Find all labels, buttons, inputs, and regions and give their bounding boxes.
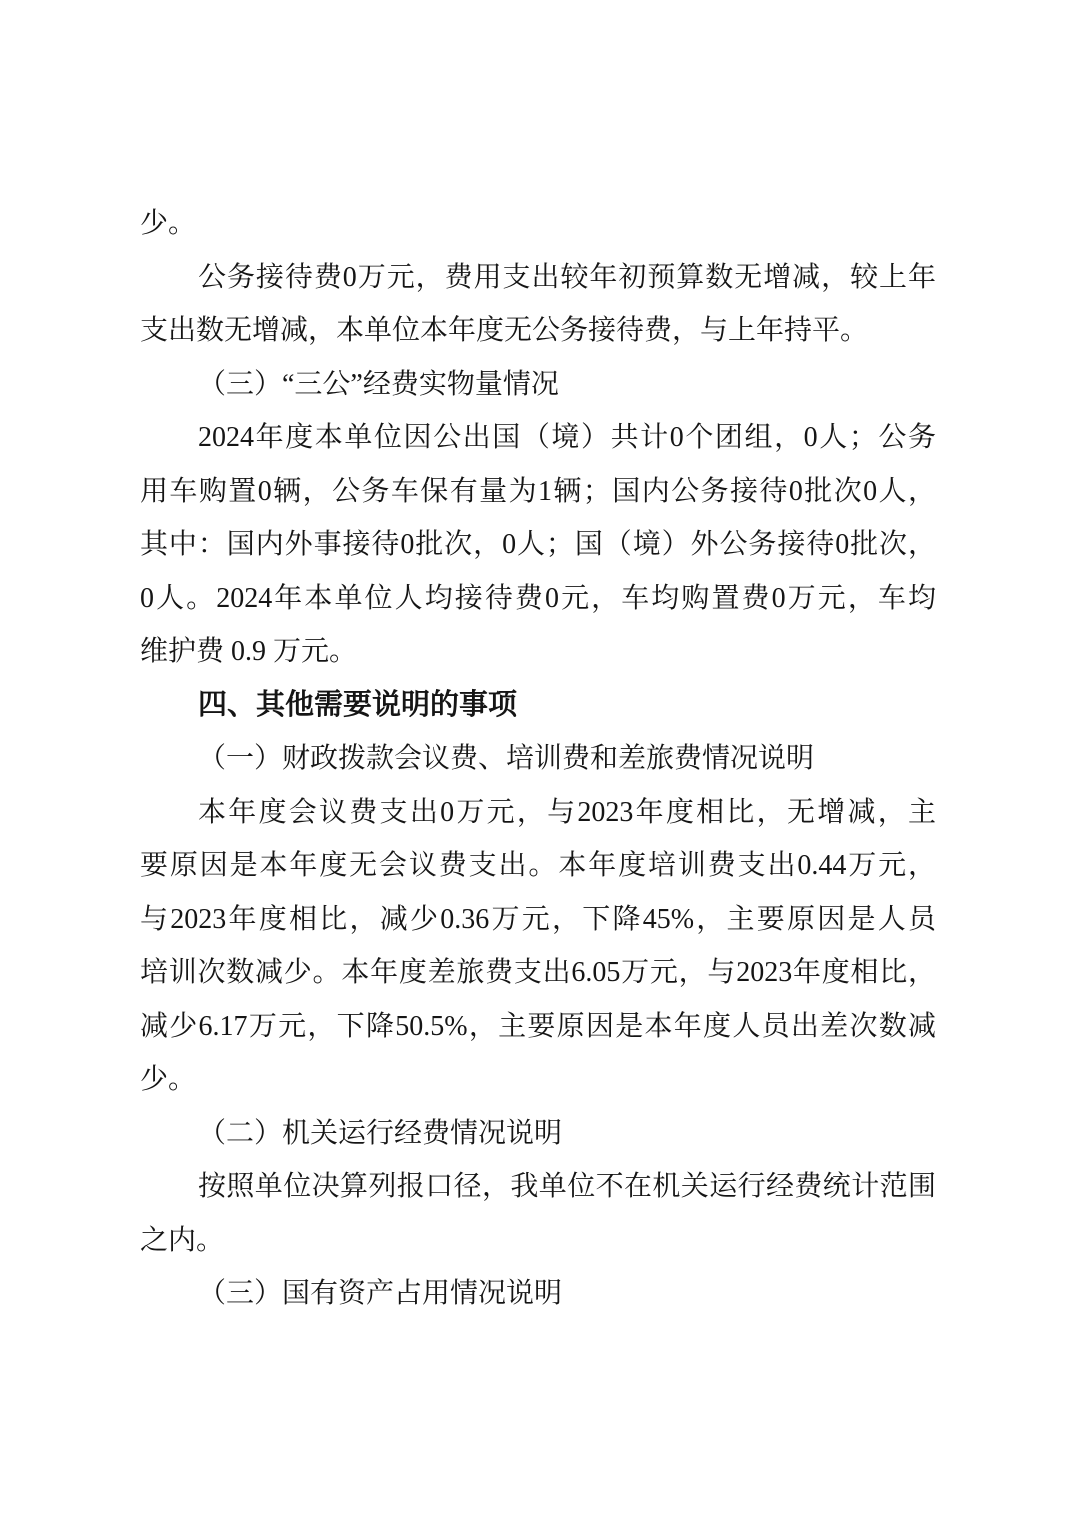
body-text-line: 少。	[140, 197, 936, 251]
body-text-line: 少。	[140, 1053, 936, 1107]
body-text-line: 按照单位决算列报口径，我单位不在机关运行经费统计范围	[140, 1160, 936, 1214]
body-text-line: 本年度会议费支出0万元，与2023年度相比，无增减，主	[140, 786, 936, 840]
document-text: 少。公务接待费0万元，费用支出较年初预算数无增减，较上年支出数无增减，本单位本年…	[140, 197, 936, 1321]
body-text-line: 0人。2024年本单位人均接待费0元，车均购置费0万元，车均	[140, 572, 936, 626]
body-text-line: 与2023年度相比，减少0.36万元，下降45%，主要原因是人员	[140, 893, 936, 947]
subsection-heading: （三）“三公”经费实物量情况	[140, 358, 936, 412]
body-text-line: 之内。	[140, 1214, 936, 1268]
body-text-line: 培训次数减少。本年度差旅费支出6.05万元，与2023年度相比，	[140, 946, 936, 1000]
body-text-line: 减少6.17万元，下降50.5%，主要原因是本年度人员出差次数减	[140, 1000, 936, 1054]
subsection-heading: （三）国有资产占用情况说明	[140, 1267, 936, 1321]
subsection-heading: （一）财政拨款会议费、培训费和差旅费情况说明	[140, 732, 936, 786]
subsection-heading: （二）机关运行经费情况说明	[140, 1107, 936, 1161]
section-heading: 四、其他需要说明的事项	[140, 679, 936, 733]
body-text-line: 2024年度本单位因公出国（境）共计0个团组，0人；公务	[140, 411, 936, 465]
body-text-line: 用车购置0辆，公务车保有量为1辆；国内公务接待0批次0人，	[140, 465, 936, 519]
document-page: 少。公务接待费0万元，费用支出较年初预算数无增减，较上年支出数无增减，本单位本年…	[0, 0, 1074, 1520]
body-text-line: 公务接待费0万元，费用支出较年初预算数无增减，较上年	[140, 251, 936, 305]
body-text-line: 维护费 0.9 万元。	[140, 625, 936, 679]
body-text-line: 其中：国内外事接待0批次，0人；国（境）外公务接待0批次，	[140, 518, 936, 572]
body-text-line: 要原因是本年度无会议费支出。本年度培训费支出0.44万元，	[140, 839, 936, 893]
body-text-line: 支出数无增减，本单位本年度无公务接待费，与上年持平。	[140, 304, 936, 358]
